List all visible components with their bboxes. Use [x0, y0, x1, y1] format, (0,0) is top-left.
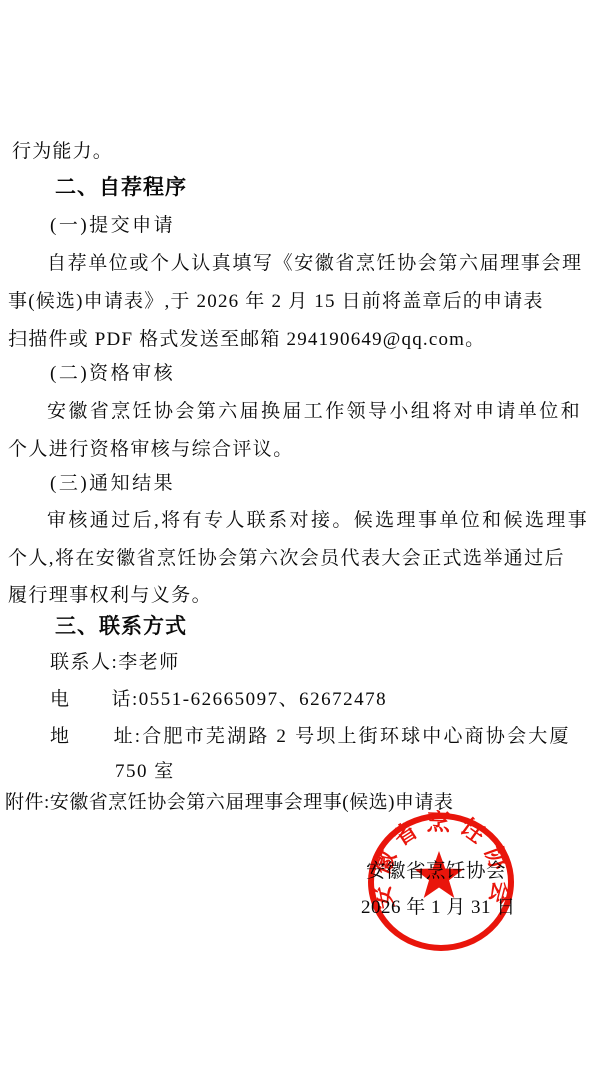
- body-line: 个人进行资格审核与综合评议。: [8, 440, 294, 461]
- body-line: 自荐单位或个人认真填写《安徽省烹饪协会第六届理事会理: [47, 254, 583, 275]
- document-page: 行为能力。 二、自荐程序 (一)提交申请 自荐单位或个人认真填写《安徽省烹饪协会…: [0, 0, 600, 1076]
- address-line-2: 750 室: [115, 762, 175, 783]
- section-2-1-heading: (一)提交申请: [50, 216, 175, 237]
- body-line: 事(候选)申请表》,于 2026 年 2 月 15 日前将盖章后的申请表: [8, 292, 544, 313]
- intro-tail-line: 行为能力。: [12, 142, 113, 163]
- phone-line: 电 话:0551-62665097、62672478: [50, 690, 387, 711]
- seal-star-icon: [414, 851, 463, 898]
- address-line-1: 地 址:合肥市芜湖路 2 号坝上街环球中心商协会大厦: [50, 727, 571, 748]
- section-2-3-heading: (三)通知结果: [50, 474, 175, 495]
- official-seal: 安徽省烹饪协会: [362, 810, 519, 956]
- body-line: 履行理事权利与义务。: [8, 586, 212, 607]
- section-3-heading: 三、联系方式: [55, 615, 187, 638]
- contact-person-line: 联系人:李老师: [50, 653, 180, 674]
- body-line: 个人,将在安徽省烹饪协会第六次会员代表大会正式选举通过后: [8, 549, 565, 570]
- body-line: 审核通过后,将有专人联系对接。候选理事单位和候选理事: [47, 511, 589, 532]
- section-2-2-heading: (二)资格审核: [50, 364, 175, 385]
- body-line: 扫描件或 PDF 格式发送至邮箱 294190649@qq.com。: [8, 330, 485, 351]
- section-2-heading: 二、自荐程序: [55, 176, 187, 199]
- body-line: 安徽省烹饪协会第六届换届工作领导小组将对申请单位和: [47, 402, 582, 423]
